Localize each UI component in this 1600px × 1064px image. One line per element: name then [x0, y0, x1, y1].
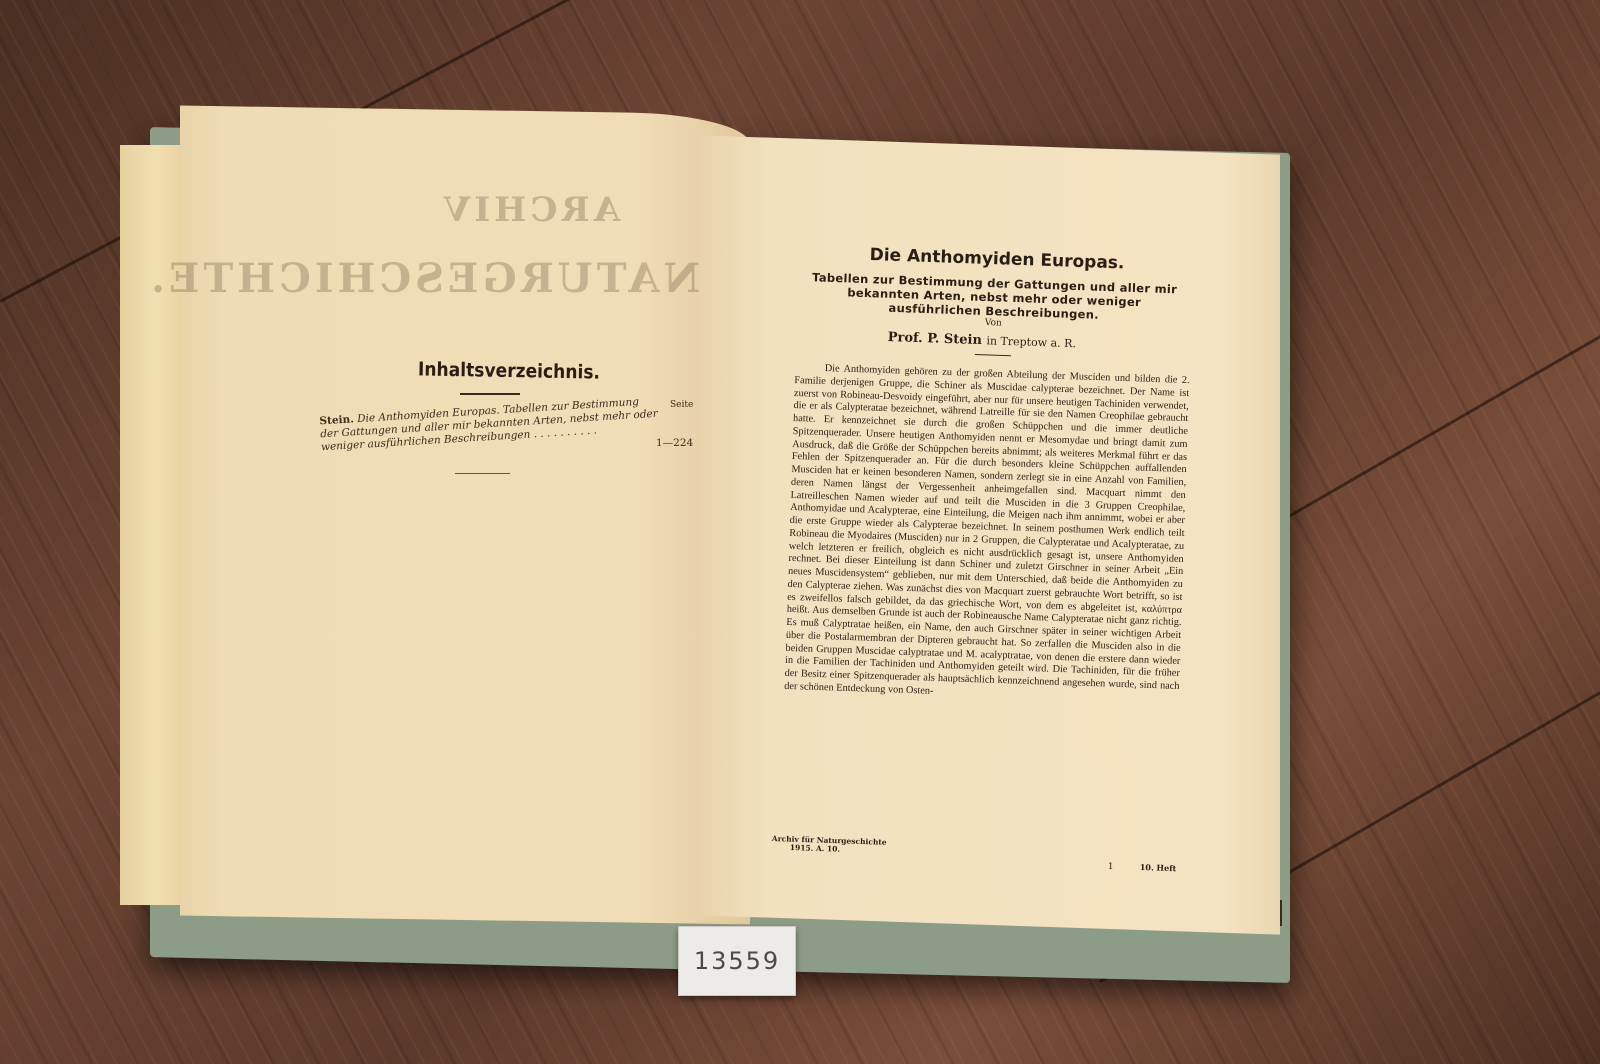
heft-label: 10. Heft — [1140, 862, 1177, 873]
floor-plank-gap — [1279, 320, 1600, 523]
toc-entry-author: Stein. — [319, 413, 354, 427]
toc-entry-pages: 1—224 — [656, 437, 693, 449]
author-name: Prof. P. Stein — [888, 330, 983, 348]
sticker-number: 13559 — [694, 947, 780, 975]
toc-seite-label: Seite — [670, 400, 693, 410]
toc-divider — [460, 393, 520, 395]
show-through-title: ARCHIV — [380, 190, 680, 230]
toc-divider-lower — [455, 473, 510, 474]
author-location: in Treptow a. R. — [986, 334, 1076, 350]
inventory-sticker: 13559 — [678, 926, 796, 996]
toc-title: Inhaltsverzeichnis. — [418, 358, 600, 383]
footer-volume: 1915. A. 10. — [790, 843, 840, 854]
show-through-subtitle: NATURGESCHICHTE. — [340, 255, 700, 302]
article-von: Von — [985, 318, 1002, 329]
page-number: 1 — [1108, 862, 1114, 872]
article-body: Die Anthomyiden gehören zu der großen Ab… — [784, 362, 1190, 706]
